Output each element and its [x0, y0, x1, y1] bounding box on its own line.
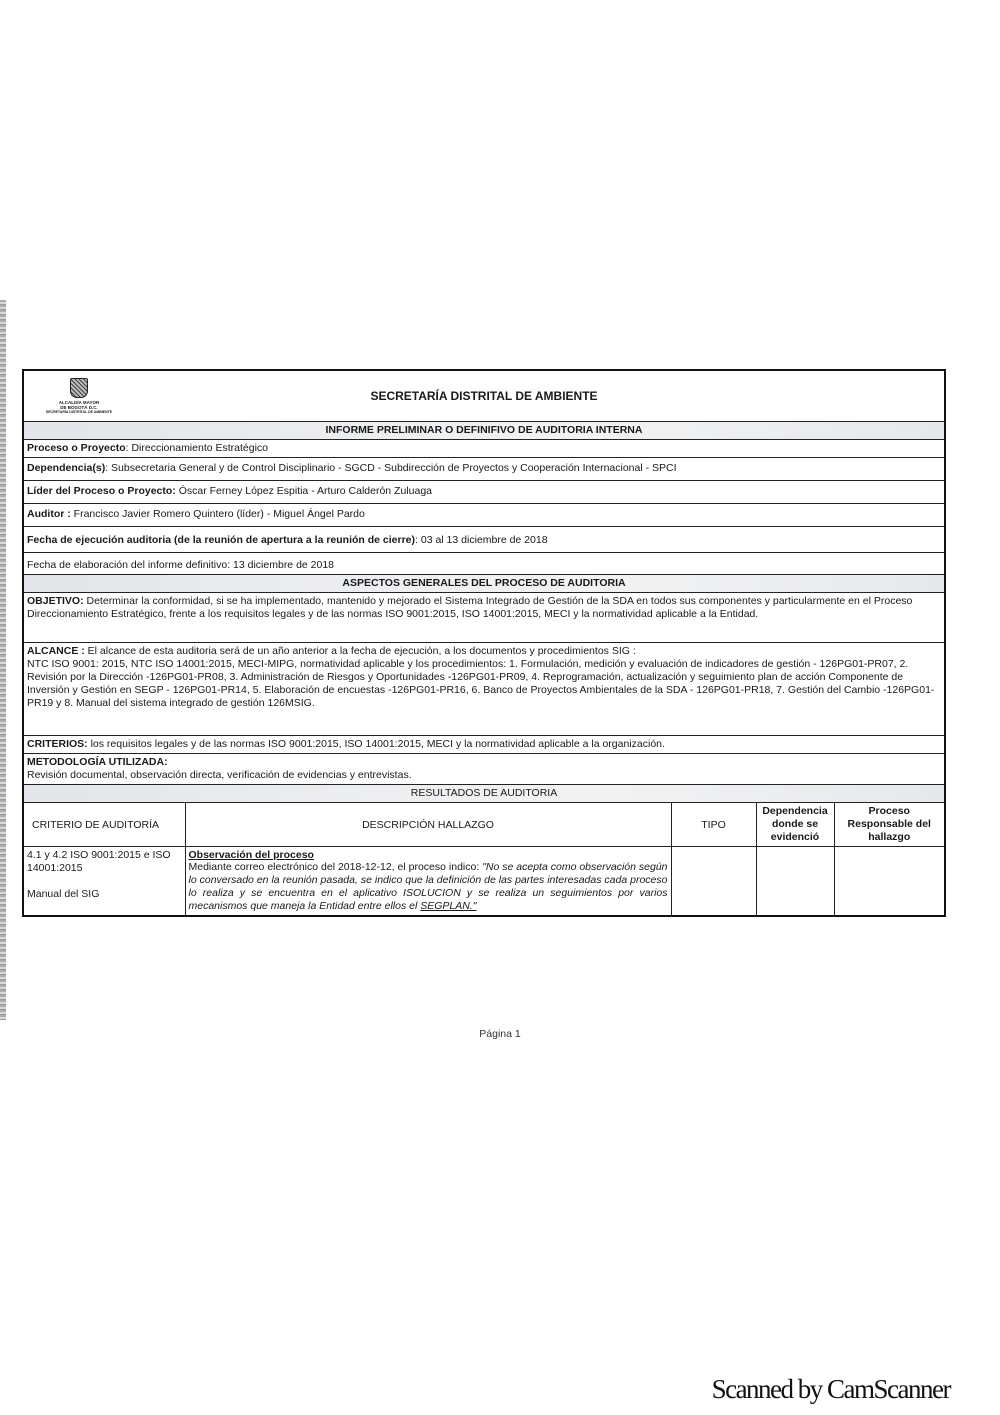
findings-table: CRITERIO DE AUDITORÍA DESCRIPCIÓN HALLAZ… [24, 803, 944, 915]
table-row: 4.1 y 4.2 ISO 9001:2015 e ISO 14001:2015… [24, 847, 944, 916]
finding-description: Mediante correo electrónico del 2018-12-… [189, 861, 668, 913]
col-dependencia: Dependencia donde se evidenció [756, 803, 834, 847]
field-label: Proceso o Proyecto [27, 442, 126, 454]
criterio-cell: 4.1 y 4.2 ISO 9001:2015 e ISO 14001:2015… [24, 847, 185, 916]
criterios-text: los requisitos legales y de las normas I… [88, 738, 665, 750]
proceso-cell [834, 847, 944, 916]
field-proceso: Proceso o Proyecto: Direccionamiento Est… [24, 440, 944, 458]
finding-title: Observación del proceso [189, 849, 668, 861]
col-proceso: Proceso Responsable del hallazgo [834, 803, 944, 847]
alcance-section: ALCANCE : El alcance de esta auditoria s… [24, 643, 944, 736]
field-value: Francisco Javier Romero Quintero (líder)… [71, 508, 365, 520]
field-auditor: Auditor : Francisco Javier Romero Quinte… [24, 504, 944, 527]
objetivo-label: OBJETIVO: [27, 595, 84, 607]
alcance-intro: El alcance de esta auditoria será de un … [85, 645, 636, 657]
aspectos-title: ASPECTOS GENERALES DEL PROCESO DE AUDITO… [24, 574, 944, 593]
dependencia-cell [756, 847, 834, 916]
col-criterio: CRITERIO DE AUDITORÍA [24, 803, 185, 847]
findings-header-row: CRITERIO DE AUDITORÍA DESCRIPCIÓN HALLAZ… [24, 803, 944, 847]
col-tipo: TIPO [671, 803, 756, 847]
metodologia-section: METODOLOGÍA UTILIZADA: Revisión document… [24, 754, 944, 785]
criterio-text: 4.1 y 4.2 ISO 9001:2015 e ISO 14001:2015 [27, 849, 182, 875]
field-value: : Subsecretaria General y de Control Dis… [105, 462, 676, 474]
field-fecha-ejecucion: Fecha de ejecución auditoria (de la reun… [24, 527, 944, 553]
field-value: : Direccionamiento Estratégico [126, 442, 268, 454]
report-header: ALCALDÍA MAYOR DE BOGOTÁ D.C. SECRETARÍA… [24, 371, 944, 422]
audit-report-form: ALCALDÍA MAYOR DE BOGOTÁ D.C. SECRETARÍA… [22, 369, 946, 917]
field-dependencia: Dependencia(s): Subsecretaria General y … [24, 458, 944, 481]
page-number: Página 1 [0, 1028, 1000, 1040]
col-descripcion: DESCRIPCIÓN HALLAZGO [185, 803, 671, 847]
resultados-title: RESULTADOS DE AUDITORIA [24, 785, 944, 803]
field-lider: Líder del Proceso o Proyecto: Óscar Fern… [24, 481, 944, 504]
field-value: Fecha de elaboración del informe definit… [27, 559, 334, 571]
logo-line: SECRETARÍA DISTRITAL DE AMBIENTE [46, 410, 112, 415]
criterios-section: CRITERIOS: los requisitos legales y de l… [24, 736, 944, 754]
field-value: Óscar Ferney López Espitia - Arturo Cald… [176, 485, 432, 497]
field-label: Líder del Proceso o Proyecto: [27, 485, 176, 497]
field-label: Fecha de ejecución auditoria (de la reun… [27, 534, 415, 546]
field-fecha-elaboracion: Fecha de elaboración del informe definit… [24, 553, 944, 574]
objetivo-text: Determinar la conformidad, si se ha impl… [27, 595, 912, 620]
coat-of-arms-icon [70, 378, 88, 398]
metodologia-text: Revisión documental, observación directa… [27, 769, 941, 782]
descripcion-cell: Observación del proceso Mediante correo … [185, 847, 671, 916]
objetivo-section: OBJETIVO: Determinar la conformidad, si … [24, 593, 944, 643]
field-value: : 03 al 13 diciembre de 2018 [415, 534, 548, 546]
criterio-text: Manual del SIG [27, 888, 182, 900]
entity-name: SECRETARÍA DISTRITAL DE AMBIENTE [134, 389, 944, 403]
scan-edge-artifact [0, 300, 6, 1020]
field-label: Dependencia(s) [27, 462, 105, 474]
report-title: INFORME PRELIMINAR O DEFINIFIVO DE AUDIT… [24, 422, 944, 440]
alcance-label: ALCANCE : [27, 645, 85, 657]
field-label: Auditor : [27, 508, 71, 520]
metodologia-label: METODOLOGÍA UTILIZADA: [27, 756, 941, 769]
tipo-cell [671, 847, 756, 916]
camscanner-watermark: Scanned by CamScanner [712, 1374, 950, 1405]
alcance-text: NTC ISO 9001: 2015, NTC ISO 14001:2015, … [27, 658, 941, 710]
criterios-label: CRITERIOS: [27, 738, 88, 750]
alcaldia-logo: ALCALDÍA MAYOR DE BOGOTÁ D.C. SECRETARÍA… [24, 378, 134, 415]
